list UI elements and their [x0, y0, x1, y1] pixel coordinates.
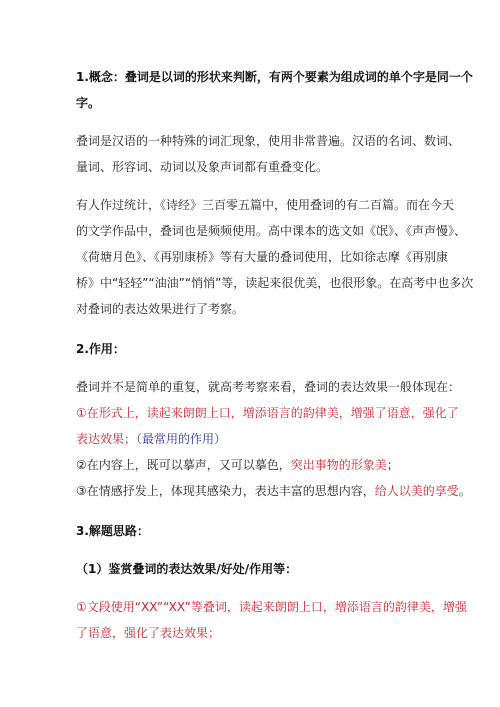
section3-subheading: （1）鉴赏叠词的表达效果/好处/作用等：	[76, 556, 432, 582]
para1-line: 叠词是汉语的一种特殊的词汇现象，使用非常普遍。汉语的名词、数词、	[76, 128, 432, 154]
effect-item-2-highlight: 突出事物的形象美	[291, 458, 387, 472]
section2-intro: 叠词并不是简单的重复，就高考考察来看，叠词的表达效果一般体现在：	[76, 374, 432, 400]
section2-heading: 2.作用：	[76, 336, 432, 362]
effect-item-2: ②在内容上，既可以摹声，又可以摹色，突出事物的形象美；	[76, 452, 432, 478]
para1-line: 量词、形容词、动词以及象声词都有重叠变化。	[76, 154, 432, 180]
para2-line: 的文学作品中，叠词也是频频使用。高中课本的选文如《氓》、《声声慢》、	[76, 218, 432, 244]
effect-item-1-red: 表达效果；	[76, 432, 136, 446]
para2-line: 《荷塘月色》、《再别康桥》等有大量的叠词使用，比如徐志摩《再别康	[76, 244, 432, 270]
section3-heading: 3.解题思路：	[76, 518, 432, 544]
method-item-1-cont: 了语意，强化了表达效果；	[76, 620, 432, 646]
para2-line: 桥》中“轻轻”“油油”“悄悄”等，读起来很优美，也很形象。在高考中也多次	[76, 270, 432, 296]
method-item-1: ①文段使用“XX”“XX”等叠词，读起来朗朗上口，增添语言的韵律美，增强	[76, 594, 432, 620]
effect-item-1-note: （最常用的作用）	[136, 432, 226, 446]
effect-item-3-end: 。	[459, 484, 471, 498]
effect-item-3-text: ③在情感抒发上，体现其感染力，表达丰富的思想内容，	[76, 484, 375, 498]
para2-line: 对叠词的表达效果进行了考察。	[76, 296, 432, 322]
effect-item-2-end: ；	[387, 458, 399, 472]
document-page: 1.概念：叠词是以词的形状来判断，有两个要素为组成词的单个字是同一个 字。 叠词…	[76, 64, 432, 646]
effect-item-3-highlight: 给人以美的享受	[375, 484, 459, 498]
para2-line: 有人作过统计，《诗经》三百零五篇中，使用叠词的有二百篇。而在今天	[76, 192, 432, 218]
effect-item-3: ③在情感抒发上，体现其感染力，表达丰富的思想内容，给人以美的享受。	[76, 478, 432, 504]
effect-item-1-cont: 表达效果；（最常用的作用）	[76, 426, 432, 452]
section1-heading: 1.概念：叠词是以词的形状来判断，有两个要素为组成词的单个字是同一个	[76, 64, 432, 90]
section1-heading-cont: 字。	[76, 90, 432, 116]
effect-item-2-text: ②在内容上，既可以摹声，又可以摹色，	[76, 458, 291, 472]
effect-item-1: ①在形式上，读起来朗朗上口，增添语言的韵律美，增强了语意，强化了	[76, 400, 432, 426]
